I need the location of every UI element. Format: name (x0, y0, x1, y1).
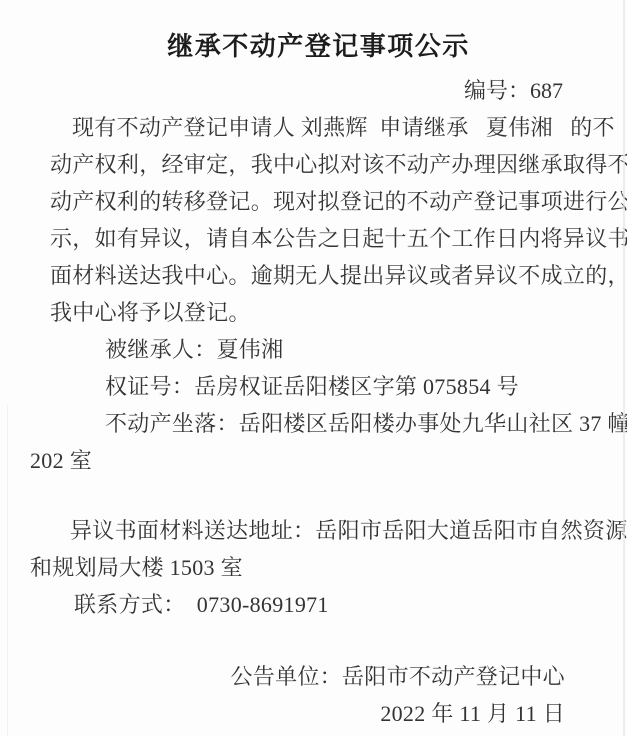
objection-contact-info: 异议书面材料送达地址：岳阳市岳阳大道岳阳市自然资源 和规划局大楼 1503 室 … (30, 512, 607, 623)
registration-details: 被继承人：夏伟湘 权证号：岳房权证岳阳楼区字第 075854 号 不动产坐落：岳… (30, 331, 607, 479)
contact-phone-line: 联系方式： 0730-8691971 (74, 586, 607, 623)
property-location-continuation: 202 室 (30, 442, 607, 479)
objection-address-continuation: 和规划局大楼 1503 室 (30, 549, 607, 586)
blank-line (30, 623, 607, 658)
scan-edge-left (7, 405, 8, 736)
notice-title: 继承不动产登记事项公示 (30, 26, 607, 66)
objection-address-line: 异议书面材料送达地址：岳阳市岳阳大道岳阳市自然资源 (70, 512, 607, 549)
doc-number: 编号：687 (30, 72, 607, 109)
property-location-line: 不动产坐落：岳阳楼区岳阳楼办事处九华山社区 37 幢 (105, 405, 607, 442)
blank-line (30, 479, 607, 512)
issuing-unit-line: 公告单位：岳阳市不动产登记中心 (30, 658, 607, 695)
body-line-4: 示，如有异议，请自本公告之日起十五个工作日内将异议书 (50, 220, 607, 257)
certificate-number-line: 权证号：岳房权证岳阳楼区字第 075854 号 (105, 368, 607, 405)
notice-footer: 公告单位：岳阳市不动产登记中心 2022 年 11 月 11 日 (30, 658, 607, 732)
body-line-2: 动产权利，经审定，我中心拟对该不动产办理因继承取得不 (50, 146, 607, 183)
decedent-line: 被继承人：夏伟湘 (105, 331, 607, 368)
issue-date-line: 2022 年 11 月 11 日 (30, 695, 607, 732)
body-line-3: 动产权利的转移登记。现对拟登记的不动产登记事项进行公 (50, 183, 607, 220)
notice-body: 现有不动产登记申请人 刘燕辉 申请继承 夏伟湘 的不 动产权利，经审定，我中心拟… (30, 109, 607, 331)
scan-edge-right (623, 0, 625, 736)
body-line-1: 现有不动产登记申请人 刘燕辉 申请继承 夏伟湘 的不 (72, 109, 607, 146)
body-line-5: 面材料送达我中心。逾期无人提出异议或者异议不成立的， (50, 257, 607, 294)
notice-document: 继承不动产登记事项公示 编号：687 现有不动产登记申请人 刘燕辉 申请继承 夏… (0, 0, 627, 736)
body-line-6: 我中心将予以登记。 (50, 294, 607, 331)
